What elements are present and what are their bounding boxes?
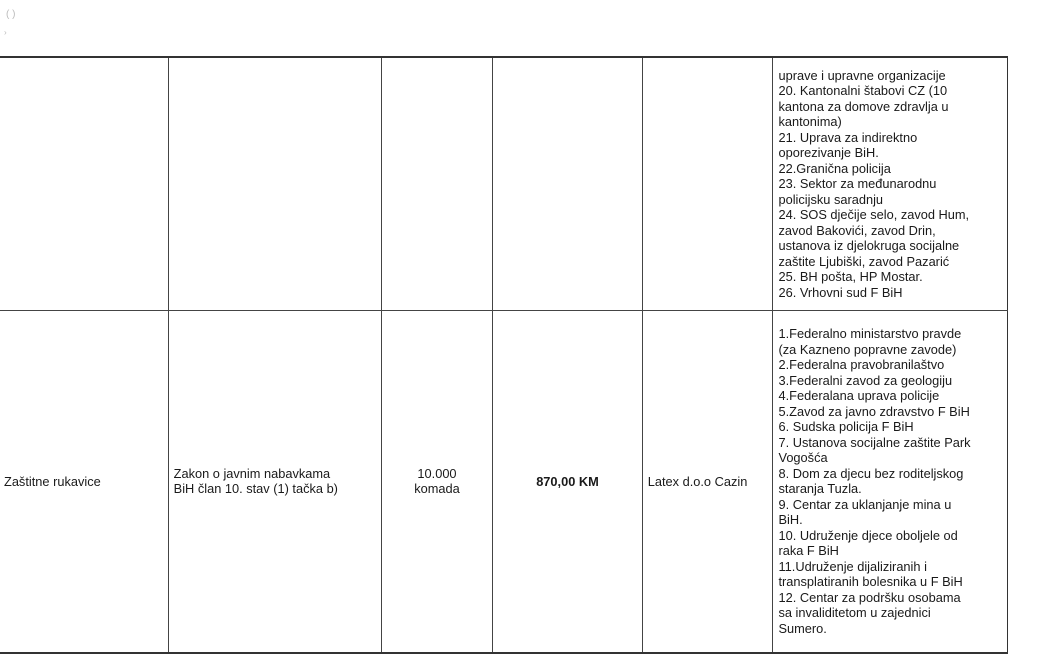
recipient-line: staranja Tuzla.	[778, 481, 1001, 497]
recipient-line: 6. Sudska policija F BiH	[778, 419, 1001, 435]
table-row: uprave i upravne organizacije 20. Kanton…	[0, 57, 1046, 310]
recipient-line: 12. Centar za podršku osobama	[778, 590, 1001, 606]
recipient-line: 26. Vrhovni sud F BiH	[778, 285, 1001, 301]
legal-basis-line: Zakon o javnim nabavkama	[174, 466, 376, 482]
recipient-line: zaštite Ljubiški, zavod Pazarić	[778, 254, 1001, 270]
quantity-cell: 10.000 komada	[381, 310, 493, 653]
recipient-line: policijsku saradnju	[778, 192, 1001, 208]
quantity-value: 10.000	[387, 466, 488, 482]
recipient-line: 4.Federalana uprava policije	[778, 388, 1001, 404]
supplier-cell	[642, 57, 773, 310]
recipients-cell: 1.Federalno ministarstvo pravde (za Kazn…	[773, 310, 1007, 653]
recipient-line: 3.Federalni zavod za geologiju	[778, 373, 1001, 389]
recipient-line: 10. Udruženje djece oboljele od	[778, 528, 1001, 544]
recipient-line: oporezivanje BiH.	[778, 145, 1001, 161]
recipient-line: kantonima)	[778, 114, 1001, 130]
recipient-line: (za Kazneno popravne zavode)	[778, 342, 1001, 358]
recipient-line: 23. Sektor za međunarodnu	[778, 176, 1001, 192]
recipient-line: zavod Bakovići, zavod Drin,	[778, 223, 1001, 239]
recipient-line: 7. Ustanova socijalne zaštite Park	[778, 435, 1001, 451]
recipient-line: uprave i upravne organizacije	[778, 68, 1001, 84]
recipient-line: 9. Centar za uklanjanje mina u	[778, 497, 1001, 513]
scan-artifact: ( )	[6, 9, 15, 20]
recipient-line: Sumero.	[778, 621, 1001, 637]
recipient-line: 20. Kantonalni štabovi CZ (10	[778, 83, 1001, 99]
value-cell: 870,00 KM	[493, 310, 642, 653]
recipient-line: sa invaliditetom u zajednici	[778, 605, 1001, 621]
recipient-line: 1.Federalno ministarstvo pravde	[778, 326, 1001, 342]
recipient-line: 11.Udruženje dijaliziranih i	[778, 559, 1001, 575]
recipient-line: transplatiranih bolesnika u F BiH	[778, 574, 1001, 590]
legal-basis-cell	[168, 57, 381, 310]
value-cell	[493, 57, 642, 310]
quantity-cell	[381, 57, 493, 310]
scan-artifact: ˇ	[38, 0, 41, 6]
recipient-line: 2.Federalna pravobranilaštvo	[778, 357, 1001, 373]
legal-basis-line: BiH član 10. stav (1) tačka b)	[174, 481, 376, 497]
margin-cell	[1007, 310, 1046, 653]
recipient-line: BiH.	[778, 512, 1001, 528]
procurement-table: uprave i upravne organizacije 20. Kanton…	[0, 56, 1046, 654]
supplier-cell: Latex d.o.o Cazin	[642, 310, 773, 653]
table-row: Zaštitne rukavice Zakon o javnim nabavka…	[0, 310, 1046, 653]
recipient-line: kantona za domove zdravlja u	[778, 99, 1001, 115]
quantity-unit: komada	[387, 481, 488, 497]
recipient-line: 5.Zavod za javno zdravstvo F BiH	[778, 404, 1001, 420]
recipient-line: 24. SOS dječije selo, zavod Hum,	[778, 207, 1001, 223]
legal-basis-cell: Zakon o javnim nabavkama BiH član 10. st…	[168, 310, 381, 653]
recipient-line: Vogošća	[778, 450, 1001, 466]
recipient-line: 21. Uprava za indirektno	[778, 130, 1001, 146]
recipient-line: 8. Dom za djecu bez roditeljskog	[778, 466, 1001, 482]
item-cell: Zaštitne rukavice	[0, 310, 168, 653]
item-cell	[0, 57, 168, 310]
recipient-line: raka F BiH	[778, 543, 1001, 559]
recipients-cell: uprave i upravne organizacije 20. Kanton…	[773, 57, 1007, 310]
recipient-line: 22.Granična policija	[778, 161, 1001, 177]
scan-artifact: ›	[4, 28, 7, 37]
margin-cell	[1007, 57, 1046, 310]
recipient-line: 25. BH pošta, HP Mostar.	[778, 269, 1001, 285]
recipient-line: ustanova iz djelokruga socijalne	[778, 238, 1001, 254]
